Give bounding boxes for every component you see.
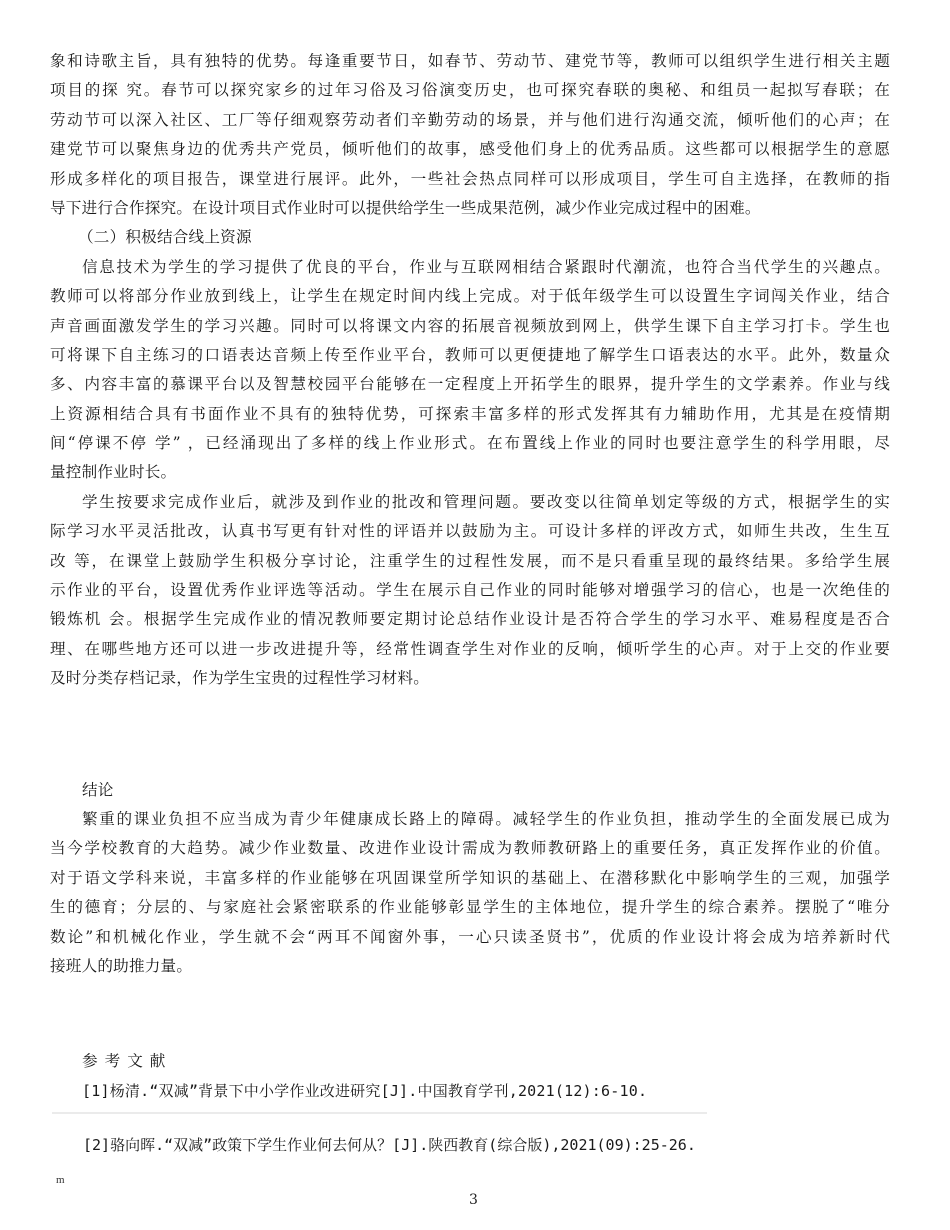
text-line: 上资源相结合具有书面作业不具有的独特优势，可探索丰富多样的形式发挥其有力辅助作用… (50, 400, 890, 429)
text-line: 生的德育；分层的、与家庭社会紧密联系的作业能够彰显学生的主体地位，提升学生的综合… (50, 893, 890, 922)
reference-item-2: [2]骆向晖.“双减”政策下学生作业何去何从？[J].陕西教育(综合版),202… (83, 1131, 696, 1160)
text-line: 量控制作业时长。 (50, 458, 890, 487)
text-line: 信息技术为学生的学习提供了优良的平台，作业与互联网相结合紧跟时代潮流，也符合当代… (50, 253, 890, 282)
text-line: 象和诗歌主旨，具有独特的优势。每逢重要节日，如春节、劳动节、建党节等，教师可以组… (50, 47, 890, 76)
text-line: 及时分类存档记录，作为学生宝贵的过程性学习材料。 (50, 664, 890, 693)
blank-space (50, 694, 890, 776)
text-line: 可将课下自主练习的口语表达音频上传至作业平台，教师可以更便捷地了解学生口语表达的… (50, 341, 890, 370)
text-line: 数论”和机械化作业，学生就不会“两耳不闻窗外事，一心只读圣贤书”，优质的作业设计… (50, 923, 890, 952)
paragraph-conclusion: 繁重的课业负担不应当成为青少年健康成长路上的障碍。减轻学生的作业负担，推动学生的… (50, 805, 890, 981)
text-line: 理、在哪些地方还可以进一步改进提升等，经常性调查学生对作业的反响，倾听学生的心声… (50, 635, 890, 664)
document-page: 象和诗歌主旨，具有独特的优势。每逢重要节日，如春节、劳动节、建党节等，教师可以组… (50, 47, 890, 1106)
subsection-heading: （二）积极结合线上资源 (50, 223, 890, 252)
blank-space (50, 981, 890, 1047)
paragraph-online-resources: 信息技术为学生的学习提供了优良的平台，作业与互联网相结合紧跟时代潮流，也符合当代… (50, 253, 890, 488)
text-line: 声音画面激发学生的学习兴趣。同时可以将课文内容的拓展音视频放到网上，供学生课下自… (50, 312, 890, 341)
text-line: 锻炼机 会。根据学生完成作业的情况教师要定期讨论总结作业设计是否符合学生的学习水… (50, 605, 890, 634)
text-line: 教师可以将部分作业放到线上，让学生在规定时间内线上完成。对于低年级学生可以设置生… (50, 282, 890, 311)
page-number: 3 (469, 1192, 478, 1208)
text-line: 改 等，在课堂上鼓励学生积极分享讨论，注重学生的过程性发展，而不是只看重呈现的最… (50, 547, 890, 576)
text-line: 示作业的平台，设置优秀作业评选等活动。学生在展示自己作业的同时能够对增强学习的信… (50, 576, 890, 605)
text-line: 形成多样化的项目报告，课堂进行展评。此外，一些社会热点同样可以形成项目，学生可自… (50, 165, 890, 194)
text-line: 建党节可以聚焦身边的优秀共产党员，倾听他们的故事，感受他们身上的优秀品质。这些都… (50, 135, 890, 164)
references-heading: 参考文献 (50, 1047, 890, 1076)
conclusion-heading: 结论 (50, 776, 890, 805)
reference-item-1: [1]杨清.“双减”背景下中小学作业改进研究[J].中国教育学刊,2021(12… (50, 1077, 890, 1106)
text-line: 间“停课不停 学” ，已经涌现出了多样的线上作业形式。在布置线上作业的同时也要注… (50, 429, 890, 458)
text-line: 多、内容丰富的慕课平台以及智慧校园平台能够在一定程度上开拓学生的眼界，提升学生的… (50, 370, 890, 399)
text-line: 劳动节可以深入社区、工厂等仔细观察劳动者们辛勤劳动的场景，并与他们进行沟通交流，… (50, 106, 890, 135)
text-line: 当今学校教育的大趋势。减少作业数量、改进作业设计需成为教师教研路上的重要任务，真… (50, 834, 890, 863)
text-line: 接班人的助推力量。 (50, 952, 890, 981)
text-line: 对于语文学科来说，丰富多样的作业能够在巩固课堂所学知识的基础上、在潜移默化中影响… (50, 864, 890, 893)
text-line: 际学习水平灵活批改，认真书写更有针对性的评语并以鼓励为主。可设计多样的评改方式，… (50, 517, 890, 546)
paragraph-project-homework: 象和诗歌主旨，具有独特的优势。每逢重要节日，如春节、劳动节、建党节等，教师可以组… (50, 47, 890, 223)
paragraph-grading-management: 学生按要求完成作业后，就涉及到作业的批改和管理问题。要改变以往简单划定等级的方式… (50, 488, 890, 694)
text-line: 项目的探 究。春节可以探究家乡的过年习俗及习俗演变历史，也可探究春联的奥秘、和组… (50, 76, 890, 105)
text-line: 导下进行合作探究。在设计项目式作业时可以提供给学生一些成果范例，减少作业完成过程… (50, 194, 890, 223)
text-line: 学生按要求完成作业后，就涉及到作业的批改和管理问题。要改变以往简单划定等级的方式… (50, 488, 890, 517)
stray-mark: m (56, 1174, 65, 1186)
divider-line (52, 1112, 707, 1114)
text-line: 繁重的课业负担不应当成为青少年健康成长路上的障碍。减轻学生的作业负担，推动学生的… (50, 805, 890, 834)
